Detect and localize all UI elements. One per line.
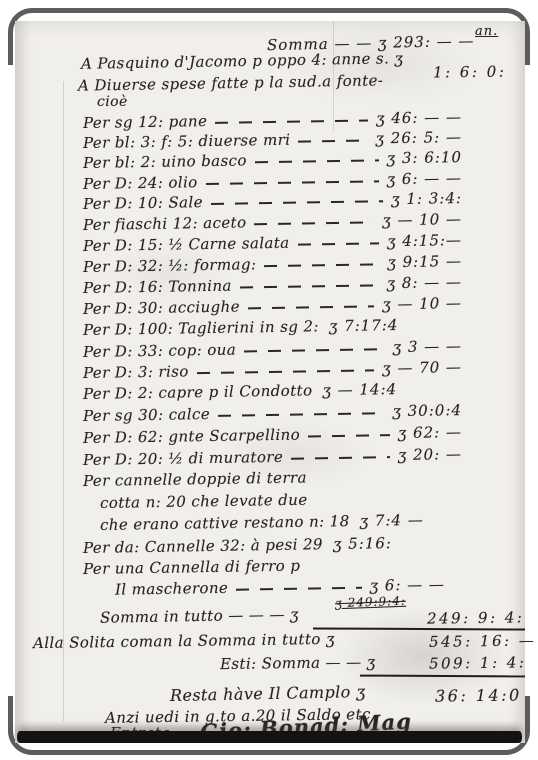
entry-desc: Per bl: 2: uino basco	[83, 151, 247, 172]
dash-leader	[218, 412, 384, 417]
dash-leader	[215, 119, 368, 123]
entry-desc: cotta n: 20 che levate due	[100, 491, 308, 512]
dash-leader	[298, 140, 367, 143]
entry-amount: ʒ 7:17:4	[329, 316, 399, 335]
entry-amount: ʒ 4:15:—	[387, 231, 462, 250]
entry-amount: ʒ 3 — —	[393, 337, 463, 356]
header-line-diverse: A Diuerse spese fatte p la sud.a fonte-	[78, 71, 384, 94]
entry-desc: Per D: 62: gnte Scarpellino	[83, 426, 300, 447]
dash-leader	[298, 242, 379, 245]
dash-leader	[308, 434, 390, 437]
ledger-entry: Per D: 33: cop: ouaʒ 3 — —	[83, 337, 462, 361]
entry-amount: ʒ 30:0:4	[392, 401, 462, 420]
entry-desc: Per D: 100: Taglierini in sg 2:	[83, 317, 319, 339]
dash-leader	[197, 369, 374, 374]
total-label-somma-in-tutto: Somma in tutto — — — ʒ	[100, 605, 299, 626]
ledger-entry: Per D: 10: Saleʒ 1: 3:4:	[83, 189, 462, 213]
ledger-entry: che erano cattive restano n: 18ʒ 7:4 —	[100, 510, 479, 534]
total-label-esti: Esti: Somma — — ʒ	[220, 653, 376, 673]
ink-rule	[360, 675, 525, 678]
entry-amount: ʒ — 10 —	[382, 294, 462, 313]
entry-desc: Per D: 33: cop: oua	[83, 341, 236, 361]
ledger-entry: Per sg 30: calceʒ 30:0:4	[83, 401, 462, 425]
dash-leader	[248, 305, 374, 309]
ledger-entry: Per una Cannella di ferro p	[83, 554, 462, 578]
entry-amount: ʒ 6: — —	[386, 169, 462, 188]
ledger-entry: Per D: 15: ½ Carne salataʒ 4:15:—	[83, 231, 462, 255]
total-value-resta: 36: 14:0	[435, 685, 522, 705]
ledger-entry: Per D: 16: Tonninaʒ 8: — —	[83, 273, 462, 297]
total-value-esti: 509: 1: 4:	[429, 653, 527, 672]
total-label-resta: Resta hàve Il Camplo ʒ	[170, 682, 366, 705]
entry-desc: Per D: 30: acciughe	[83, 298, 240, 318]
folio-mark: an.	[475, 24, 498, 39]
struck-subtotal: ʒ 249:9:4:	[335, 594, 406, 610]
dash-leader	[240, 284, 379, 288]
entry-desc: Per sg 30: calce	[83, 405, 210, 425]
dash-leader	[254, 221, 374, 225]
entry-amount: ʒ 46: — —	[376, 108, 462, 127]
total-label-solita: Alla Solita coman la Somma in tutto ʒ	[33, 630, 335, 652]
entry-desc: che erano cattive restano n: 18	[100, 512, 350, 534]
dash-leader	[264, 263, 379, 267]
entry-desc: Per D: 20: ½ di muratore	[83, 448, 283, 469]
entry-desc: Per una Cannella di ferro p	[83, 557, 301, 578]
scan-bottom-shadow-band	[17, 731, 522, 743]
ledger-entry: Per D: 100: Taglierini in sg 2:ʒ 7:17:4	[83, 315, 462, 339]
entry-amount: ʒ 5:16:	[333, 534, 392, 553]
amount-pasquino: 1: 6: 0:	[433, 62, 507, 81]
entry-amount: ʒ 62: —	[398, 423, 462, 442]
header-line-pasquino: A Pasquino d'Jacomo p oppo 4: anne s. ʒ	[81, 49, 404, 73]
dash-leader	[244, 348, 385, 352]
header-line-cioe: cioè	[97, 94, 128, 110]
entry-amount: ʒ 20: —	[398, 445, 462, 464]
entry-amount: ʒ 26: 5: —	[375, 128, 462, 147]
entry-amount: ʒ — 14:4	[322, 380, 397, 399]
entry-amount: ʒ 7:4 —	[359, 511, 423, 530]
ledger-entry: Per bl: 2: uino bascoʒ 3: 6:10	[83, 148, 462, 172]
entry-amount: ʒ — 70 —	[382, 358, 462, 377]
entry-amount: ʒ 3: 6:10	[387, 148, 463, 167]
entry-desc: Il mascherone	[115, 579, 229, 599]
total-value-somma-in-tutto: 249: 9: 4:	[427, 608, 525, 627]
ledger-entry: Per cannelle doppie di terra	[83, 466, 462, 490]
ledger-entry: Per D: 30: acciugheʒ — 10 —	[83, 294, 462, 318]
dash-leader	[211, 200, 383, 205]
ledger-entry: Per da: Cannelle 32: à pesi 29ʒ 5:16:	[83, 533, 462, 557]
entry-desc: Per D: 3: riso	[83, 362, 189, 382]
ledger-entry: cotta n: 20 che levate due	[100, 488, 479, 512]
dash-leader	[236, 587, 361, 591]
entry-desc: Per sg 12: pane	[83, 112, 208, 132]
ledger-entry: Per D: 62: gnte Scarpellinoʒ 62: —	[83, 423, 462, 447]
ledger-entry: Per D: 3: risoʒ — 70 —	[83, 358, 462, 382]
entry-desc: Per D: 24: olio	[83, 173, 198, 193]
entry-amount: ʒ — 10 —	[382, 210, 462, 229]
ledger-entry: Per D: 32: ½: formag:ʒ 9:15 —	[83, 252, 462, 276]
entry-desc: Per fiaschi 12: aceto	[83, 213, 247, 234]
manuscript-scan-page: { "document": { "folio_mark": "an.", "he…	[0, 0, 538, 760]
entry-desc: Per bl: 3: f: 5: diuerse mri	[83, 131, 291, 152]
total-value-solita: 545: 16: — —	[429, 631, 538, 651]
ledger-entry: Per D: 2: capre p il Condottoʒ — 14:4	[83, 379, 462, 403]
paper-crease-left	[63, 81, 64, 721]
entry-amount: ʒ 8: — —	[386, 273, 462, 292]
entry-desc: Per da: Cannelle 32: à pesi 29	[83, 535, 323, 557]
ink-rule	[313, 627, 525, 630]
entry-desc: Per D: 10: Sale	[83, 193, 203, 213]
dash-leader	[291, 456, 390, 460]
entry-desc: Per cannelle doppie di terra	[83, 468, 307, 490]
entry-desc: Per D: 15: ½ Carne salata	[83, 234, 290, 255]
dash-leader	[255, 159, 379, 163]
entry-amount: ʒ 6: — —	[369, 575, 445, 594]
entry-amount: ʒ 1: 3:4:	[391, 189, 462, 208]
entry-desc: Per D: 32: ½: formag:	[83, 255, 257, 276]
entry-desc: Per D: 16: Tonnina	[83, 277, 232, 297]
entry-amount: ʒ 9:15 —	[387, 252, 462, 271]
ledger-entry: Per D: 20: ½ di muratoreʒ 20: —	[83, 445, 462, 469]
manuscript-paper: an. Somma — — ʒ 293: — — A Pasquino d'Ja…	[15, 21, 525, 743]
ledger-entry: Per fiaschi 12: acetoʒ — 10 —	[83, 210, 462, 234]
dash-leader	[206, 180, 379, 185]
entry-desc: Per D: 2: capre p il Condotto	[83, 381, 313, 403]
